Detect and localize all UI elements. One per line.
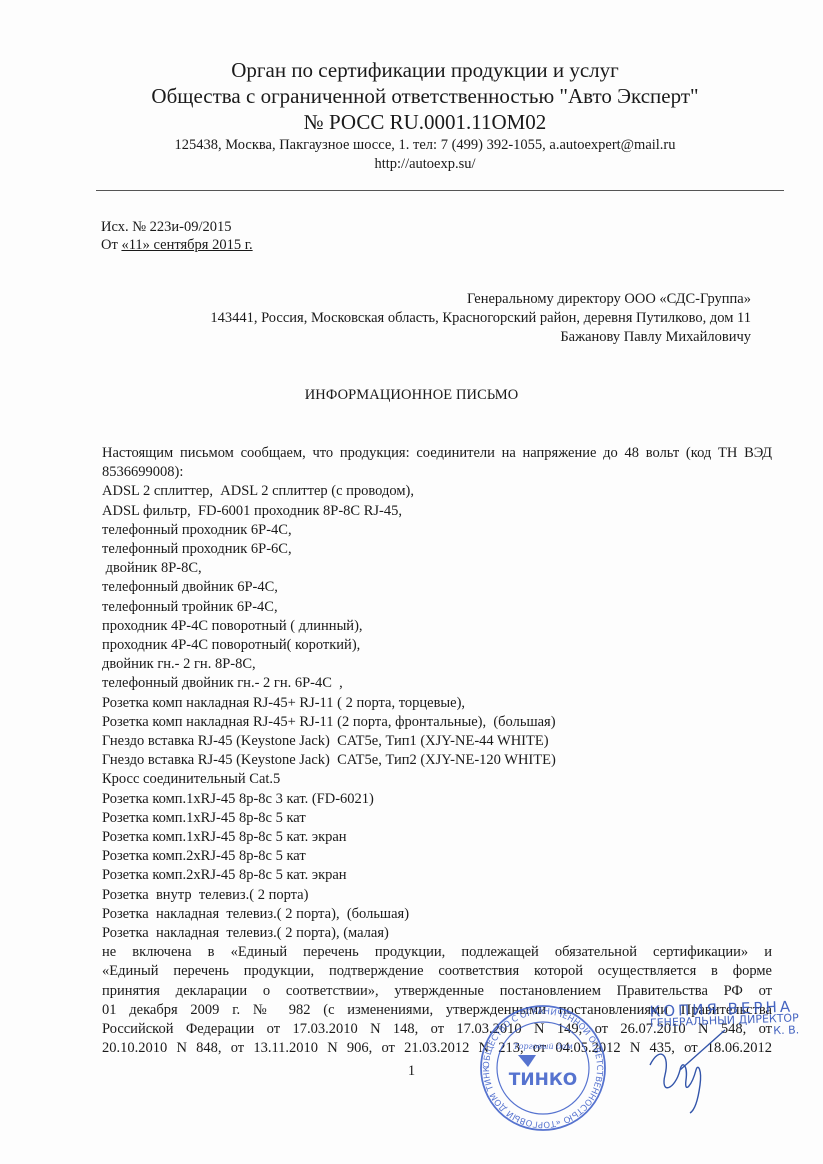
date-value: «11» сентября 2015 г. bbox=[121, 237, 252, 253]
product-item: Гнездо вставка RJ-45 (Keystone Jack) CAT… bbox=[102, 732, 772, 751]
product-item: Розетка накладная телевиз.( 2 порта), (б… bbox=[102, 905, 772, 924]
intro-paragraph: Настоящим письмом сообщаем, что продукци… bbox=[102, 444, 772, 482]
product-item: Розетка комп.1xRJ-45 8p-8c 5 кат bbox=[102, 809, 772, 828]
product-item: ADSL фильтр, FD-6001 проходник 8P-8C RJ-… bbox=[102, 502, 772, 521]
outgoing-number: Исх. № 223и-09/2015 bbox=[101, 218, 232, 236]
org-name-line2: Общества с ограниченной ответственностью… bbox=[100, 84, 750, 109]
product-list: ADSL 2 сплиттер, ADSL 2 сплиттер (с пров… bbox=[102, 482, 772, 943]
product-item: Розетка комп накладная RJ-45+ RJ-11 ( 2 … bbox=[102, 694, 772, 713]
closing-line: принятия декларации о соответствии», утв… bbox=[102, 982, 772, 1001]
date-prefix: От bbox=[101, 237, 121, 253]
svg-text:ТИНКО: ТИНКО bbox=[509, 1070, 577, 1090]
product-item: телефонный проходник 6P-6C, bbox=[102, 540, 772, 559]
certificate-number: № РОСС RU.0001.11ОМ02 bbox=[100, 110, 750, 135]
letter-date: От «11» сентября 2015 г. bbox=[101, 236, 253, 254]
product-item: проходник 4P-4C поворотный( короткий), bbox=[102, 636, 772, 655]
product-item: Розетка накладная телевиз.( 2 порта), (м… bbox=[102, 924, 772, 943]
product-item: Кросс соединительный Cat.5 bbox=[102, 770, 772, 789]
product-item: двойник 8P-8C, bbox=[102, 559, 772, 578]
signature-icon bbox=[640, 1025, 730, 1115]
closing-line: «Единый перечень продукции, подтверждени… bbox=[102, 962, 772, 981]
product-item: Розетка комп.1xRJ-45 8p-8c 5 кат. экран bbox=[102, 828, 772, 847]
org-name-line1: Орган по сертификации продукции и услуг bbox=[100, 58, 750, 83]
svg-text:Торговый дом: Торговый дом bbox=[513, 1042, 573, 1051]
product-item: Розетка внутр телевиз.( 2 порта) bbox=[102, 886, 772, 905]
letter-title: ИНФОРМАЦИОННОЕ ПИСЬМО bbox=[0, 387, 823, 404]
product-item: телефонный тройник 6P-4C, bbox=[102, 598, 772, 617]
product-item: Розетка комп накладная RJ-45+ RJ-11 (2 п… bbox=[102, 713, 772, 732]
org-contacts: 125438, Москва, Пакгаузное шоссе, 1. тел… bbox=[100, 136, 750, 154]
header-divider bbox=[96, 190, 784, 191]
product-item: телефонный двойник 6P-4C, bbox=[102, 578, 772, 597]
company-seal-icon: ОБЩЕСТВО С ОГРАНИЧЕННОЙ ОТВЕТСТВЕННОСТЬЮ… bbox=[478, 1003, 608, 1133]
information-letter-page: Орган по сертификации продукции и услуг … bbox=[0, 0, 823, 1164]
product-item: ADSL 2 сплиттер, ADSL 2 сплиттер (с пров… bbox=[102, 482, 772, 501]
addressee-address: 143441, Россия, Московская область, Крас… bbox=[210, 309, 751, 327]
closing-line: не включена в «Единый перечень продукции… bbox=[102, 943, 772, 962]
org-website: http://autoexp.su/ bbox=[100, 155, 750, 173]
product-item: Розетка комп.2xRJ-45 8p-8c 5 кат. экран bbox=[102, 866, 772, 885]
addressee-position: Генеральному директору ООО «СДС-Группа» bbox=[467, 290, 751, 308]
product-item: телефонный двойник гн.- 2 гн. 6P-4C , bbox=[102, 674, 772, 693]
product-item: Гнездо вставка RJ-45 (Keystone Jack) CAT… bbox=[102, 751, 772, 770]
letter-body: Настоящим письмом сообщаем, что продукци… bbox=[102, 444, 772, 1059]
addressee-name: Бажанову Павлу Михайловичу bbox=[560, 328, 751, 346]
product-item: телефонный проходник 6P-4C, bbox=[102, 521, 772, 540]
product-item: двойник гн.- 2 гн. 8P-8C, bbox=[102, 655, 772, 674]
product-item: Розетка комп.2xRJ-45 8p-8c 5 кат bbox=[102, 847, 772, 866]
product-item: проходник 4P-4C поворотный ( длинный), bbox=[102, 617, 772, 636]
product-item: Розетка комп.1xRJ-45 8p-8c 3 кат. (FD-60… bbox=[102, 790, 772, 809]
